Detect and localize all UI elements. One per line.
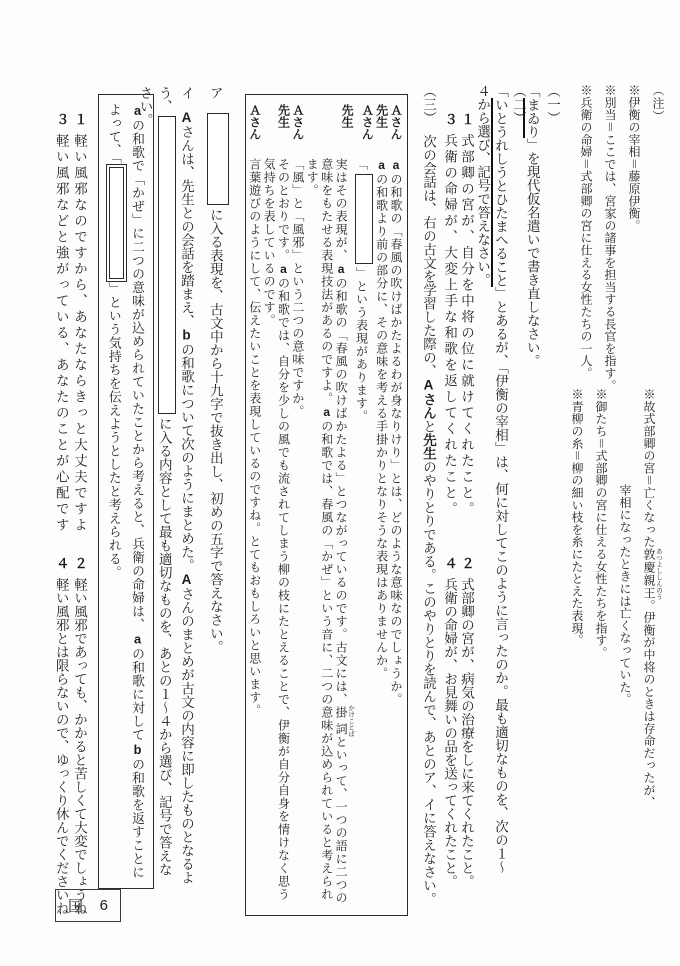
subject-label: 国 — [68, 895, 83, 916]
sub-question-a-text: に入る表現を、古文中から十九字で抜き出し、初めの五字で答えなさい。 — [208, 110, 223, 654]
note-item: ※御たち＝式部卿の宮に仕える女性たちを指す。 — [589, 388, 613, 810]
choice-text: 軽い風邪であっても、かかると苦しくて大変でしょうね — [72, 578, 87, 916]
question-2-marker: （二） — [509, 84, 527, 880]
choice-item: ３軽い風邪などと強がっている、あなたのことが心配です — [52, 112, 70, 562]
speaker-label: Ａさん — [291, 104, 305, 140]
dialogue-entry: Ａさん言葉遊びのようにして、伝えたいことを表現しているのですね。とてもおもしろい… — [247, 102, 261, 908]
blank-answer-box — [207, 113, 229, 205]
speaker-label: 先生 — [374, 104, 388, 128]
choice-text: 式部卿の宮が、病気の治療をしに来てくれたこと。 — [459, 578, 474, 889]
dialogue-entry: Ａさん「風」と「風邪」という二つの意味ですか。 — [291, 102, 305, 908]
choice-item: ２式部卿の宮が、病気の治療をしに来てくれたこと。 — [457, 556, 474, 904]
choice-number: ４ — [442, 556, 457, 570]
dialogue-text: aの和歌より前の部分に、その意味を考える手掛かりとなりそうな表現はありませんか。 — [375, 158, 389, 680]
speaker-label: 先生 — [276, 104, 290, 128]
question-3-marker: （三） — [421, 84, 436, 125]
sub-question-b-marker: イ — [179, 86, 194, 100]
choice-item: ２軽い風邪であっても、かかると苦しくて大変でしょうね — [70, 556, 88, 924]
speaker-label: Ａさん — [247, 104, 261, 140]
summary-text: aの和歌で「かぜ」に二つの意味が込められていたことから考えると、兵衛の命婦は、a… — [102, 103, 148, 880]
dialogue-entry: 先生そのとおりです。aの和歌では、自分を少しの風でも流されてしまう柳の枝にたとえ… — [262, 102, 291, 908]
sub-question-b-choices-lower: ２軽い風邪であっても、かかると苦しくて大変でしょうね ４軽い風邪とは限らないので… — [52, 556, 88, 924]
dialogue-text: aの和歌の「春風の吹けばかたよるわが身なりけり」とは、どのような意味なのでしょう… — [389, 158, 403, 706]
choice-item: ３兵衛の命婦が、大変上手な和歌を返してくれたこと。 — [440, 112, 457, 548]
choice-number: ３ — [54, 112, 69, 126]
dialogue-entry: Ａさん「」という表現があります。 — [354, 102, 374, 908]
dialogue-entry: 先生実はその表現が、aの和歌の「春風の吹けばかたよる」とつながっているのです。古… — [305, 102, 354, 908]
choice-item: ４軽い風邪とは限らないので、ゆっくり休んでくださいね — [52, 556, 70, 924]
question-2: （二） 「いとうれしうとひたまへること」とあるが、「伊衡の宰相」は、何に対してこ… — [473, 84, 527, 880]
notes-header: （注） — [646, 84, 670, 398]
note-item: ※兵衛の命婦＝式部卿の宮に仕える女性たちの一人。 — [574, 84, 598, 398]
question-3-text: 次の会話は、右の古文を学習した際の、Aさんと先生のやりとりである。このやりとりを… — [421, 135, 436, 906]
speaker-label: Ａさん — [360, 104, 374, 140]
notes-section-lower: ※故式部卿の宮＝亡くなった敦慶親王あつよししんのう。伊衡が中将のときは存命だった… — [565, 388, 662, 810]
dialogue-entry: 先生aの和歌より前の部分に、その意味を考える手掛かりとなりそうな表現はありません… — [374, 102, 388, 908]
choice-text: 兵衛の命婦が、お見舞いの品を送ってくれたこと。 — [442, 578, 457, 889]
choice-number: １ — [72, 112, 87, 126]
speaker-label: 先生 — [340, 104, 354, 128]
dialogue-text: 「」という表現があります。 — [354, 158, 368, 423]
choice-item: １式部卿の宮が、自分を中将の位に就けてくれたこと。 — [457, 112, 474, 548]
question-1-marker: （一） — [542, 84, 562, 476]
page-number-box: 国 6 — [55, 889, 121, 922]
sub-question-b-choices-upper: １軽い風邪なのですから、あなたならきっと大丈夫ですよ ３軽い風邪などと強がってい… — [52, 112, 88, 562]
choice-text: 兵衛の命婦が、大変上手な和歌を返してくれたこと。 — [442, 134, 457, 518]
choice-text: 軽い風邪なのですから、あなたならきっと大丈夫ですよ — [72, 134, 87, 534]
question-2-choices-upper: １式部卿の宮が、自分を中将の位に就けてくれたこと。 ３兵衛の命婦が、大変上手な和… — [440, 112, 474, 548]
choice-item: １軽い風邪なのですから、あなたならきっと大丈夫ですよ — [70, 112, 88, 562]
dialogue-box: Ａさんaの和歌の「春風の吹けばかたよるわが身なりけり」とは、どのような意味なので… — [245, 94, 408, 916]
note-item: ※故式部卿の宮＝亡くなった敦慶親王あつよししんのう。伊衡が中将のときは存命だった… — [613, 388, 662, 810]
question-1: （一） 「まゐり」を現代仮名遣いで書き直しなさい。 — [522, 84, 563, 476]
choice-number: １ — [459, 112, 474, 126]
choice-text: 式部卿の宮が、自分を中将の位に就けてくれたこと。 — [459, 134, 474, 518]
choice-text: 軽い風邪などと強がっている、あなたのことが心配です — [54, 134, 69, 534]
dialogue-text: そのとおりです。aの和歌では、自分を少しの風でも流されてしまう柳の枝にたとえるこ… — [262, 158, 290, 901]
choice-number: ３ — [442, 112, 457, 126]
note-item: ※別当＝ここでは、宮家の諸事を担当する長官を指す。 — [598, 84, 622, 398]
choice-number: ４ — [54, 556, 69, 570]
dialogue-entry: Ａさんaの和歌の「春風の吹けばかたよるわが身なりけり」とは、どのような意味なので… — [389, 102, 403, 908]
choice-number: ２ — [459, 556, 474, 570]
summary-box: aの和歌で「かぜ」に二つの意味が込められていたことから考えると、兵衛の命婦は、a… — [98, 94, 154, 889]
question-2-choices-lower: ２式部卿の宮が、病気の治療をしに来てくれたこと。 ４兵衛の命婦が、お見舞いの品を… — [440, 556, 474, 904]
choice-text: 軽い風邪とは限らないので、ゆっくり休んでくださいね — [54, 578, 69, 916]
dialogue-text: 実はその表現が、aの和歌の「春風の吹けばかたよる」とつながっているのです。古文に… — [305, 158, 348, 904]
sub-question-a-marker: ア — [208, 86, 223, 100]
note-item: ※青柳の糸＝柳の細い枝を糸にたとえた表現。 — [565, 388, 589, 810]
blank-answer-box — [355, 174, 373, 264]
blank-answer-box — [158, 116, 176, 414]
speaker-label: Ａさん — [389, 104, 403, 140]
note-item: ※伊衡の宰相＝藤原伊衡。 — [622, 84, 646, 398]
blank-answer-box — [109, 167, 124, 279]
question-2-text: 「いとうれしうとひたまへること」とあるが、「伊衡の宰相」は、何に対してこのように… — [473, 84, 509, 880]
notes-section-upper: （注） ※伊衡の宰相＝藤原伊衡。 ※別当＝ここでは、宮家の諸事を担当する長官を指… — [574, 84, 670, 398]
question-3: （三）次の会話は、右の古文を学習した際の、Aさんと先生のやりとりである。このやり… — [418, 84, 437, 906]
dialogue-text: 「風」と「風邪」という二つの意味ですか。 — [291, 158, 305, 418]
choice-item: ４兵衛の命婦が、お見舞いの品を送ってくれたこと。 — [440, 556, 457, 904]
page-number: 6 — [100, 897, 108, 914]
sub-question-a: アに入る表現を、古文中から十九字で抜き出し、初めの五字で答えなさい。 — [205, 86, 230, 886]
choice-number: ２ — [72, 556, 87, 570]
dialogue-text: 言葉遊びのようにして、伝えたいことを表現しているのですね。とてもおもしろいと思い… — [248, 158, 262, 717]
